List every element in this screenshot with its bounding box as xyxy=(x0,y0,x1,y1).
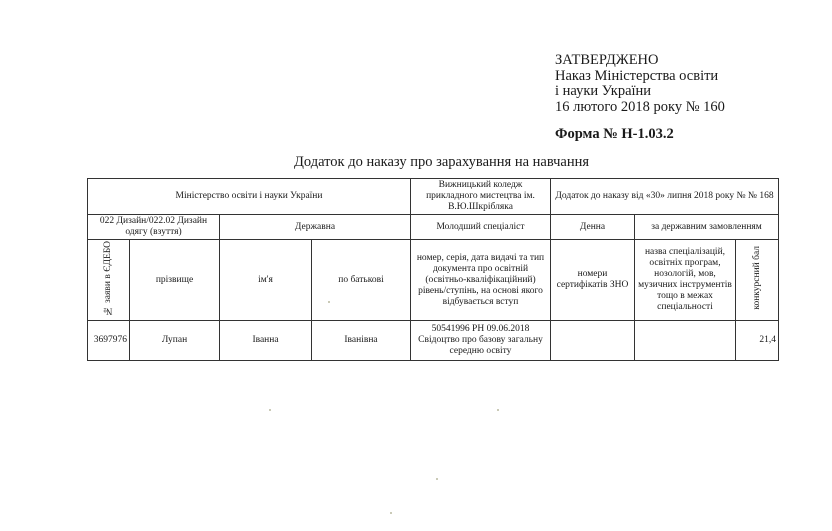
scan-speck xyxy=(269,409,271,411)
approval-ministry-line: і науки України xyxy=(555,84,725,100)
cell-patronymic: Іванівна xyxy=(312,321,411,361)
document-title: Додаток до наказу про зарахування на нав… xyxy=(294,154,589,171)
table-row: 3697976 Лупан Іванна Іванівна 50541996 Р… xyxy=(88,321,779,361)
col-header-score: конкурсний бал xyxy=(736,240,779,321)
approval-date-line: 16 лютого 2018 року № 160 xyxy=(555,100,725,116)
col-header-specialization: назва спеціалізацій, освітніх програм, н… xyxy=(635,240,736,321)
header-row-program: 022 Дизайн/022.02 Дизайн одягу (взуття) … xyxy=(88,215,779,240)
degree-cell: Молодший спеціаліст xyxy=(411,215,551,240)
cell-specialization xyxy=(635,321,736,361)
enrollment-table: Міністерство освіти і науки України Вижн… xyxy=(87,178,779,361)
col-header-surname: прізвище xyxy=(130,240,220,321)
approval-heading: ЗАТВЕРДЖЕНО xyxy=(555,53,725,69)
col-header-first-name: ім'я xyxy=(220,240,312,321)
scan-speck xyxy=(328,301,330,303)
cell-document: 50541996 РН 09.06.2018 Свідоцтво про баз… xyxy=(411,321,551,361)
study-form-cell: Денна xyxy=(551,215,635,240)
order-type-cell: за державним замовленням xyxy=(635,215,779,240)
col-header-patronymic: по батькові xyxy=(312,240,411,321)
institution-cell: Вижницький коледж прикладного мистецтва … xyxy=(411,179,551,215)
cell-zno xyxy=(551,321,635,361)
scan-speck xyxy=(390,512,392,514)
cell-surname: Лупан xyxy=(130,321,220,361)
col-header-document: номер, серія, дата видачі та тип докумен… xyxy=(411,240,551,321)
cell-score: 21,4 xyxy=(736,321,779,361)
col-header-application-no: № заяви в ЄДЕБО xyxy=(88,240,130,321)
scan-speck xyxy=(436,478,438,480)
header-row-institution: Міністерство освіти і науки України Вижн… xyxy=(88,179,779,215)
order-reference-cell: Додаток до наказу від «30» липня 2018 ро… xyxy=(551,179,779,215)
approval-order-line: Наказ Міністерства освіти xyxy=(555,69,725,85)
cell-application-no: 3697976 xyxy=(88,321,130,361)
form-number: Форма № Н-1.03.2 xyxy=(555,126,674,143)
approval-block: ЗАТВЕРДЖЕНО Наказ Міністерства освіти і … xyxy=(555,53,725,115)
column-header-row: № заяви в ЄДЕБО прізвище ім'я по батьков… xyxy=(88,240,779,321)
ministry-cell: Міністерство освіти і науки України xyxy=(88,179,411,215)
specialty-cell: 022 Дизайн/022.02 Дизайн одягу (взуття) xyxy=(88,215,220,240)
cell-first-name: Іванна xyxy=(220,321,312,361)
scan-speck xyxy=(497,409,499,411)
funding-cell: Державна xyxy=(220,215,411,240)
col-header-zno: номери сертифікатів ЗНО xyxy=(551,240,635,321)
